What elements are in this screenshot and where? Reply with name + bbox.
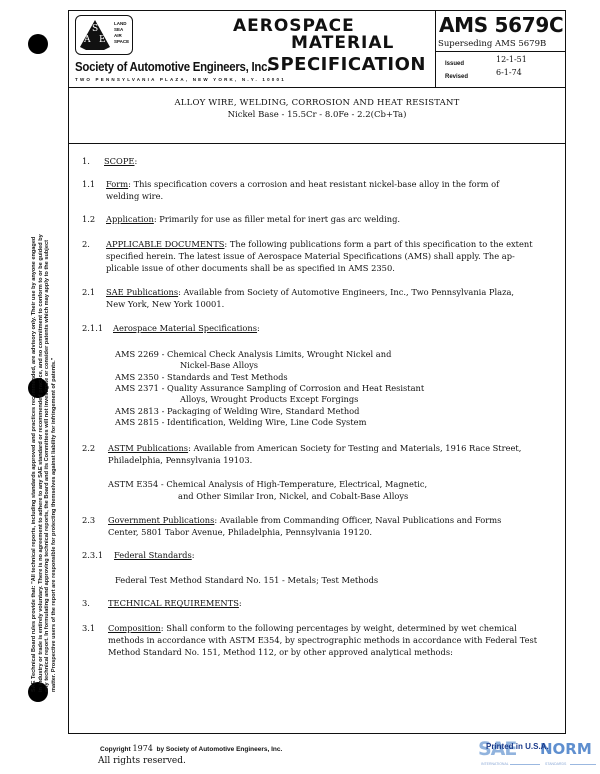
item-code: AMS 2269 — [115, 349, 159, 359]
section-1-1-text: Form: This specification covers a corros… — [106, 179, 499, 191]
heading-text: TECHNICAL REQUIREMENTS — [108, 598, 239, 608]
paragraph-text: welding wire. — [106, 191, 163, 203]
section-number: 1.2 — [82, 214, 95, 226]
paragraph-text: Philadelphia, Pennsylvania 19103. — [108, 455, 252, 467]
section-2-1-text: SAE Publications: Available from Society… — [106, 287, 514, 299]
title-specification: SPECIFICATION — [267, 54, 426, 75]
paragraph-text: methods in accordance with ASTM E354, by… — [108, 635, 537, 647]
item-desc: - Packaging of Welding Wire, Standard Me… — [162, 406, 360, 416]
section-number: 2.3 — [82, 515, 95, 527]
paragraph-text: : Shall conform to the following percent… — [161, 623, 517, 633]
paragraph-text: Center, 5801 Tabor Avenue, Philadelphia,… — [108, 527, 372, 539]
section-number: 3.1 — [82, 623, 95, 635]
document-title-section: ALLOY WIRE, WELDING, CORROSION AND HEAT … — [69, 88, 565, 144]
heading-text: Government Publications — [108, 515, 214, 525]
logo-words: LAND SEA AIR SPACE — [114, 21, 129, 45]
paragraph-text: : Available from American Society for Te… — [188, 443, 521, 453]
item-desc-cont: and Other Similar Iron, Nickel, and Coba… — [178, 491, 408, 503]
date-box: Issued 12-1-51 Revised 6-1-74 — [436, 51, 565, 88]
copyright-year: 1974 — [133, 744, 153, 753]
logo-letter-s: S — [92, 24, 98, 34]
ams-list-item: AMS 2371 - Quality Assurance Sampling of… — [115, 383, 424, 395]
section-1-2-text: Application: Primarily for use as filler… — [106, 214, 400, 226]
item-desc: - Identification, Welding Wire, Line Cod… — [162, 417, 367, 427]
paragraph-text: : The following publications form a part… — [224, 239, 532, 249]
heading-text: Application — [106, 214, 154, 224]
copyright-prefix: Copyright — [100, 746, 131, 753]
heading-suffix: : — [257, 323, 260, 333]
watermark-caption-left: INTERNATIONAL — [481, 762, 509, 766]
sae-logo-letters: S A E — [82, 22, 108, 48]
ams-list-item: AMS 2269 - Chemical Check Analysis Limit… — [115, 349, 391, 361]
item-desc: - Chemical Analysis of High-Temperature,… — [161, 479, 427, 489]
section-number: 1.1 — [82, 179, 95, 191]
issued-label: Issued — [445, 61, 464, 67]
ams-list-item: AMS 2350 - Standards and Test Methods — [115, 372, 288, 384]
organization-address: TWO PENNSYLVANIA PLAZA, NEW YORK, N.Y. 1… — [75, 77, 286, 82]
revised-label: Revised — [445, 74, 468, 80]
rights-reserved: All rights reserved. — [98, 756, 186, 766]
paragraph-text: specified herein. The latest issue of Ae… — [106, 251, 515, 263]
heading-text: SAE Publications — [106, 287, 178, 297]
item-code: AMS 2815 — [115, 417, 159, 427]
sidenote-line: SAE Technical Board rules provide that: … — [31, 112, 38, 692]
paragraph-text: : Available from Commanding Officer, Nav… — [214, 515, 501, 525]
heading-text: Composition — [108, 623, 161, 633]
section-2-1-1-heading: Aerospace Material Specifications: — [113, 323, 260, 335]
logo-word: SPACE — [114, 39, 129, 45]
heading-text: Federal Standards — [114, 550, 192, 560]
paragraph-text: Method Standard No. 151, Method 112, or … — [108, 647, 453, 659]
section-number: 2.1.1 — [82, 323, 103, 335]
section-2-3-1-heading: Federal Standards: — [114, 550, 195, 562]
sae-logo: S A E LAND SEA AIR SPACE — [75, 15, 133, 55]
section-number: 1. — [82, 156, 90, 168]
item-code: AMS 2371 — [115, 383, 159, 393]
section-number: 2.1 — [82, 287, 95, 299]
section-3-heading: TECHNICAL REQUIREMENTS: — [108, 598, 242, 610]
ams-list-item: AMS 2813 - Packaging of Welding Wire, St… — [115, 406, 359, 418]
paragraph-text: : Available from Society of Automotive E… — [178, 287, 514, 297]
heading-suffix: : — [239, 598, 242, 608]
heading-suffix: : — [192, 550, 195, 560]
section-number: 3. — [82, 598, 90, 610]
copyright-notice: Copyright 1974 by Society of Automotive … — [100, 744, 282, 753]
paragraph-text: : Primarily for use as filler metal for … — [154, 214, 400, 224]
section-2-3-text: Government Publications: Available from … — [108, 515, 501, 527]
heading-text: Form — [106, 179, 128, 189]
item-desc-cont: Nickel-Base Alloys — [180, 360, 258, 372]
issued-date: 12-1-51 — [496, 55, 527, 64]
watermark-rule — [570, 764, 596, 765]
section-2-text: APPLICABLE DOCUMENTS: The following publ… — [106, 239, 533, 251]
heading-text: APPLICABLE DOCUMENTS — [106, 239, 224, 249]
watermark-rule — [510, 764, 540, 765]
heading-text: ASTM Publications — [108, 443, 188, 453]
heading-text: Aerospace Material Specifications — [113, 323, 257, 333]
paragraph-text: New York, New York 10001. — [106, 299, 224, 311]
section-heading-scope: SCOPE: — [104, 156, 137, 168]
item-desc: - Chemical Check Analysis Limits, Wrough… — [162, 349, 392, 359]
section-number: 2.2 — [82, 443, 95, 455]
section-number: 2.3.1 — [82, 550, 103, 562]
document-subtitle: Nickel Base - 15.5Cr - 8.0Fe - 2.2(Cb+Ta… — [69, 110, 565, 120]
section-3-1-text: Composition: Shall conform to the follow… — [108, 623, 517, 635]
sidenote-line: matter. Prospective users of the report … — [51, 112, 58, 692]
sidenote-line: in industry or trade is entirely volunta… — [38, 112, 45, 692]
paragraph-text: plicable issue of other documents shall … — [106, 263, 395, 275]
item-code: AMS 2350 — [115, 372, 159, 382]
item-code: ASTM E354 — [108, 479, 158, 489]
document-frame: S A E LAND SEA AIR SPACE AEROSPACE MATER… — [68, 10, 566, 734]
organization-name: Society of Automotive Engineers, Inc. — [75, 59, 270, 74]
superseding-note: Superseding AMS 5679B — [438, 39, 546, 49]
paragraph-text: : This specification covers a corrosion … — [128, 179, 499, 189]
item-desc: - Standards and Test Methods — [162, 372, 288, 382]
revised-date: 6-1-74 — [496, 68, 522, 77]
sidenote-line: any technical report. In formulating and… — [44, 112, 51, 692]
astm-list-item: ASTM E354 - Chemical Analysis of High-Te… — [108, 479, 427, 491]
copyright-holder: by Society of Automotive Engineers, Inc. — [157, 746, 283, 753]
section-2-2-text: ASTM Publications: Available from Americ… — [108, 443, 521, 455]
ams-number: AMS 5679C — [439, 13, 563, 37]
heading-text: SCOPE — [104, 156, 134, 166]
item-desc-cont: Alloys, Wrought Products Except Forgings — [180, 394, 358, 406]
document-header: S A E LAND SEA AIR SPACE AEROSPACE MATER… — [69, 11, 565, 88]
federal-standard-item: Federal Test Method Standard No. 151 - M… — [115, 575, 378, 587]
logo-letter-a: A — [84, 35, 91, 45]
document-title: ALLOY WIRE, WELDING, CORROSION AND HEAT … — [69, 98, 565, 108]
logo-letter-e: E — [99, 35, 106, 45]
item-code: AMS 2813 — [115, 406, 159, 416]
printed-in-usa: Printed in U.S.A. — [486, 742, 549, 751]
ams-number-box: AMS 5679C Superseding AMS 5679B Issued 1… — [435, 11, 565, 88]
sae-disclaimer-sidenote: SAE Technical Board rules provide that: … — [31, 112, 71, 692]
title-material: MATERIAL — [291, 33, 394, 53]
ams-list-item: AMS 2815 - Identification, Welding Wire,… — [115, 417, 366, 429]
watermark-caption-right: STANDARDS — [545, 762, 566, 766]
heading-suffix: : — [134, 156, 137, 166]
item-desc: - Quality Assurance Sampling of Corrosio… — [162, 383, 425, 393]
punch-hole-top — [28, 34, 48, 54]
section-number: 2. — [82, 239, 90, 251]
